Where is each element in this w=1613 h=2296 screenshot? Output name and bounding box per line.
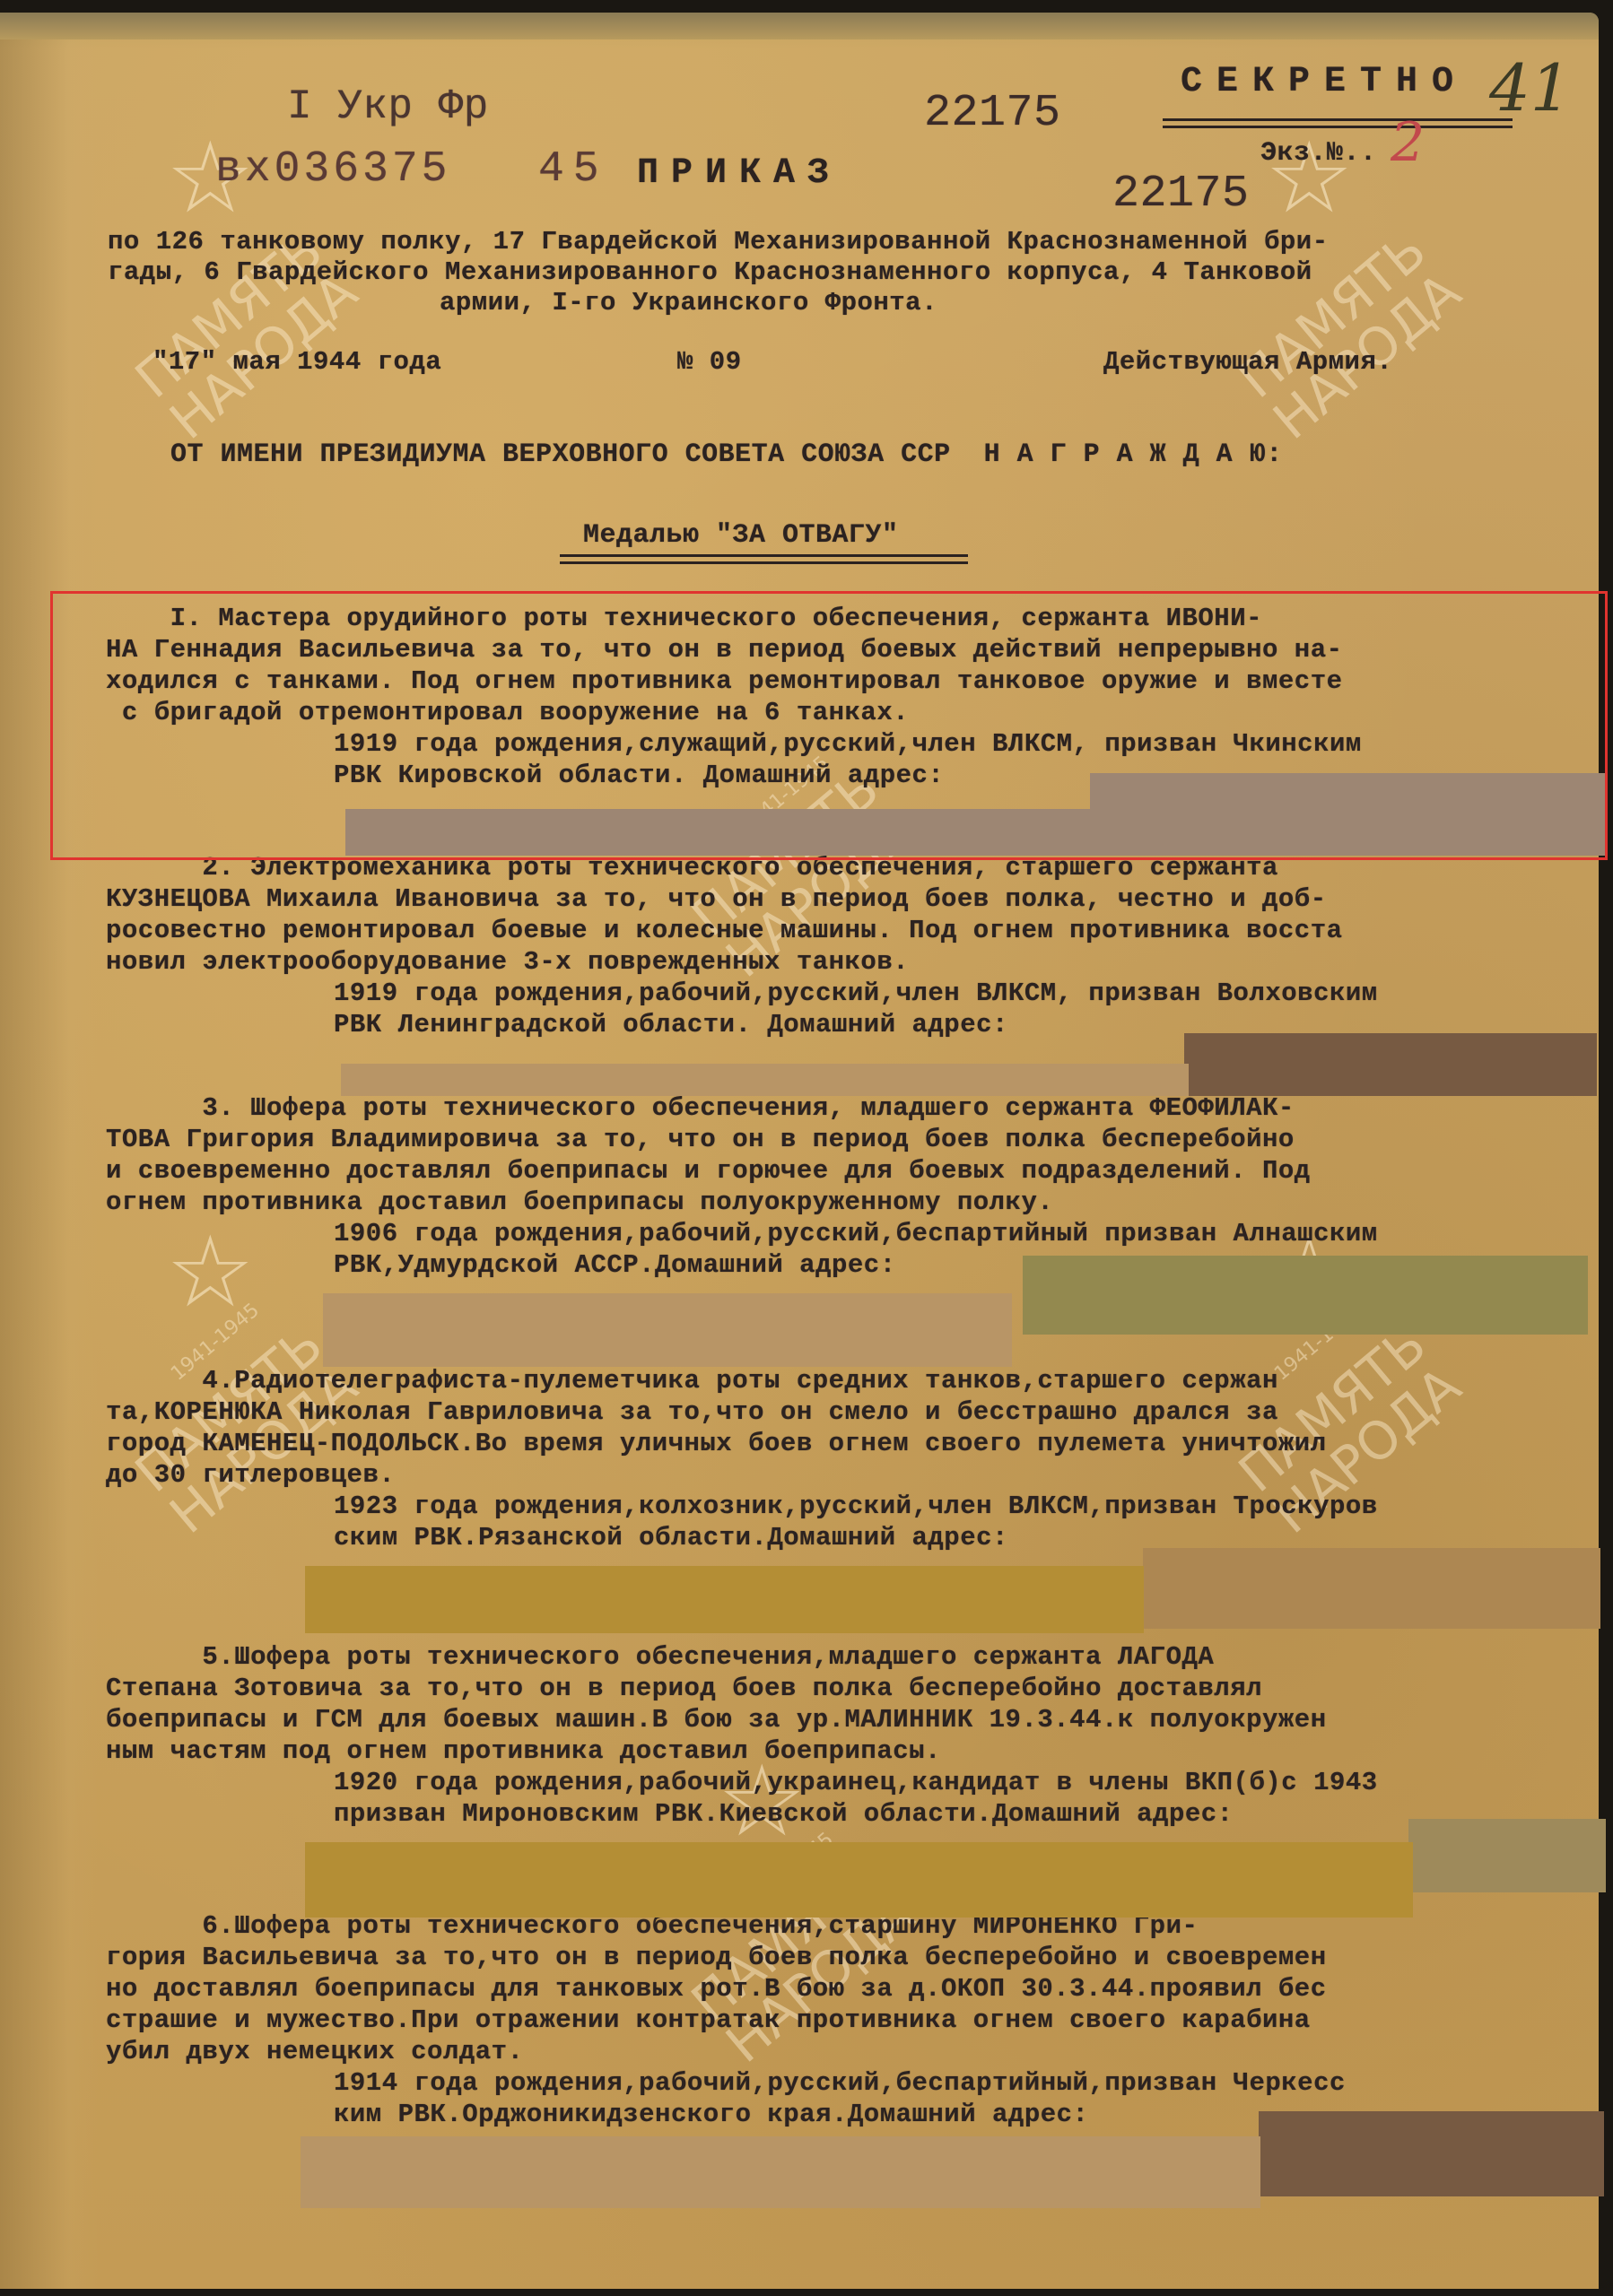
award-underline [560,561,968,564]
order-title: ПРИКАЗ [637,158,841,189]
redaction-box [305,1566,1144,1633]
order-number: № 09 [677,346,742,378]
stamp-number: 45 [538,154,608,186]
entry-bio-line: 1920 года рождения,рабочий,украинец,канд… [334,1767,1378,1798]
document-page: ☆ ПАМЯТЬ НАРОДА ☆ ПАМЯТЬ НАРОДА 1941-194… [0,13,1599,2289]
copy-number-handwritten: 2 [1391,111,1425,174]
entry-text-line: 4.Радиотелеграфиста-пулеметчика роты сре… [106,1365,1278,1396]
entry-text-line: ным частям под огнем противника доставил… [106,1735,941,1767]
entry-text-line: новил электрооборудование 3-х поврежденн… [106,946,909,978]
redaction-box [305,1842,1413,1918]
front-stamp: I Укр Фр [287,91,489,123]
classification-label: СЕКРЕТНО [1181,66,1468,98]
decree-line: ОТ ИМЕНИ ПРЕЗИДИУМА ВЕРХОВНОГО СОВЕТА СО… [170,439,1283,471]
classification-underline [1163,118,1513,121]
entry-text-line: та,КОРЕНЮКА Николая Гавриловича за то,чт… [106,1396,1278,1428]
redaction-box [1023,1256,1588,1335]
entry-bio-line: 1919 года рождения,рабочий,русский,член … [334,978,1378,1009]
entry-bio-line: 1914 года рождения,рабочий,русский,беспа… [334,2067,1346,2099]
address-line: гады, 6 Гвардейского Механизированного К… [108,257,1312,288]
entry-bio-line: 1906 года рождения,рабочий,русский,беспа… [334,1218,1378,1249]
entry-text-line: огнем противника доставил боеприпасы пол… [106,1187,1053,1218]
entry-text-line: город КАМЕНЕЦ-ПОДОЛЬСК.Во время уличных … [106,1428,1327,1459]
classification-underline [1163,126,1513,128]
address-line: армии, I-го Украинского Фронта. [440,287,937,318]
entry-text-line: ТОВА Григория Владимировича за то, что о… [106,1124,1295,1155]
paper-top-edge [0,13,1599,39]
entry-bio-line: РВК Ленинградской области. Домашний адре… [334,1009,1008,1040]
award-title: Медалью "ЗА ОТВАГУ" [583,520,899,552]
redaction-box [301,2136,1260,2208]
entry-bio-line: призван Мироновским РВК.Киевской области… [334,1798,1234,1830]
entry-bio-line: РВК,Удмурдской АССР.Домашний адрес: [334,1249,896,1281]
registration-number-top: 22175 [924,98,1061,129]
entry-text-line: росовестно ремонтировал боевые и колесны… [106,915,1343,946]
entry-text-line: Степана Зотовича за то,что он в период б… [106,1673,1262,1704]
award-underline [560,554,968,557]
entry-text-line: боеприпасы и ГСМ для боевых машин.В бою … [106,1704,1327,1735]
copy-label: Экз.№.. [1260,138,1377,170]
entry-text-line: 3. Шофера роты технического обеспечения,… [106,1092,1295,1124]
redaction-box [323,1293,1012,1367]
redaction-box [1143,1548,1600,1629]
entry-text-line: но доставлял боеприпасы для танковых рот… [106,1973,1327,2005]
entry-bio-line: ким РВК.Орджоникидзенского края.Домашний… [334,2099,1088,2130]
redaction-box [1408,1819,1606,1892]
entry-text-line: страшие и мужество.При отражении контрат… [106,2005,1311,2036]
order-location: Действующая Армия. [1103,346,1392,378]
page-number-handwritten: 41 [1489,50,1572,126]
entry-text-line: до 30 гитлеровцев. [106,1459,395,1491]
entry-text-line: КУЗНЕЦОВА Михаила Ивановича за то, что о… [106,883,1327,915]
redaction-box [1184,1033,1597,1096]
entry-text-line: 5.Шофера роты технического обеспечения,м… [106,1641,1214,1673]
entry-text-line: гория Васильевича за то,что он в период … [106,1942,1327,1973]
registration-number-mid: 22175 [1112,178,1250,210]
entry-text-line: убил двух немецких солдат. [106,2036,523,2067]
order-date: "17" мая 1944 года [153,346,441,378]
address-line: по 126 танковому полку, 17 Гвардейской М… [108,226,1329,257]
entry-bio-line: 1923 года рождения,колхозник,русский,чле… [334,1491,1378,1522]
redaction-box [1259,2111,1604,2196]
archive-number: вх036375 [215,154,450,186]
entry-text-line: и своевременно доставлял боеприпасы и го… [106,1155,1311,1187]
redaction-box [341,1064,1189,1096]
highlighted-entry-frame [50,591,1608,860]
entry-bio-line: ским РВК.Рязанской области.Домашний адре… [334,1522,1008,1553]
